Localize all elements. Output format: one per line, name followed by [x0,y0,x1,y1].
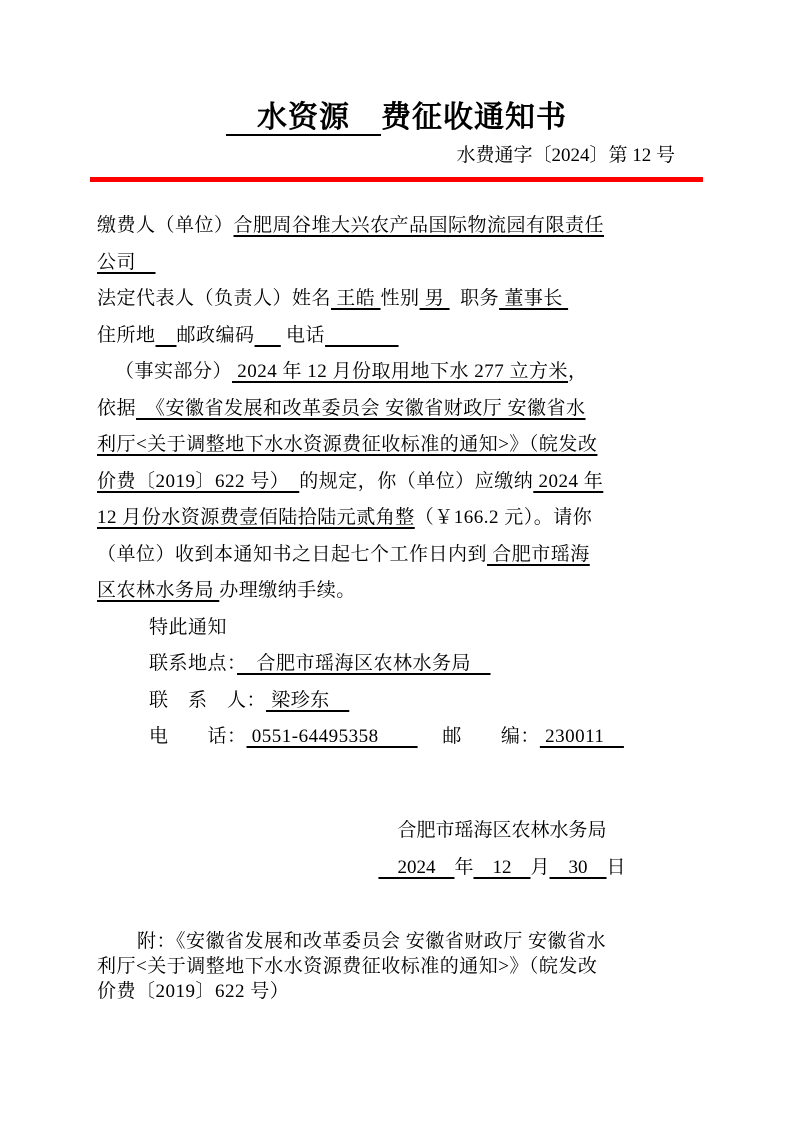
procedure-text: 办理缴纳手续。 [219,580,356,601]
body-line-payer-cont: 公司 [97,245,703,282]
title-text: 费征收通知书 [381,101,567,134]
body-line-basis-3: 价费〔2019〕622 号） 的规定，你（单位）应缴纳 2024 年 [97,464,703,501]
body-line-basis-2: 利厅<关于调整地下水水资源费征收标准的通知>》（皖发改 [97,427,703,464]
legal-rep-name-value: 王皓 [331,288,381,309]
red-divider-line [90,177,703,182]
issue-year-value: 2024 [378,857,454,878]
payment-office-value-2: 区农林水务局 [97,580,219,601]
payer-name-value-cont: 公司 [97,252,156,273]
phone-label: 电话 [281,325,325,346]
body-line-deadline: （单位）收到本通知书之日起七个工作日内到 合肥市瑶海 [97,537,703,574]
issuing-agency: 合肥市瑶海区农林水务局 [297,812,707,849]
month-label: 月 [531,857,550,878]
amount-numeric: （￥166.2 元）。请你 [415,507,593,528]
attachment-line-1: 附：《安徽省发展和改革委员会 安徽省财政厅 安徽省水 [97,929,703,954]
basis-document-1: 《安徽省发展和改革委员会 安徽省财政厅 安徽省水 [136,398,586,419]
body-line-amount: 12 月份水资源费壹佰陆拾陆元贰角整（￥166.2 元）。请你 [97,500,703,537]
page-title: 水资源 费征收通知书 [0,92,793,136]
contact-person-value: 梁珍东 [266,690,349,711]
basis-document-3: 价费〔2019〕622 号） [97,471,299,492]
issue-month-value: 12 [473,857,530,878]
attachment-line-2: 利厅<关于调整地下水水资源费征收标准的通知>》（皖发改 [97,954,703,979]
regulation-text: 的规定，你（单位）应缴纳 [299,471,533,492]
contact-address-label: 联系地点： [149,653,237,674]
basis-document-2: 利厅<关于调整地下水水资源费征收标准的通知>》（皖发改 [97,434,597,455]
fee-period-value: 2024 年 [533,471,603,492]
body-line-legal-rep: 法定代表人（负责人）姓名 王皓 性别 男 职务 董事长 [97,281,703,318]
payer-label: 缴费人（单位） [97,215,234,236]
day-label: 日 [607,857,626,878]
payment-office-value-1: 合肥市瑶海 [487,544,590,565]
body-line-contact-person: 联 系 人： 梁珍东 [97,683,703,720]
body-line-contact-phone: 电 话： 0551-64495358 邮 编： 230011 [97,719,703,756]
body-line-fact: （事实部分） 2024 年 12 月份取用地下水 277 立方米， [97,354,703,391]
address-label: 住所地 [97,325,156,346]
issue-date-line: 2024 年 12 月 30 日 [297,849,707,886]
basis-label: 依据 [97,398,136,419]
hereby-notice-text: 特此通知 [149,617,227,638]
body-line-contact-address: 联系地点： 合肥市瑶海区农林水务局 [97,646,703,683]
signature-block: 合肥市瑶海区农林水务局 2024 年 12 月 30 日 [297,812,707,886]
payer-name-value: 合肥周谷堆大兴农产品国际物流园有限责任 [234,215,605,236]
gender-label: 性别 [381,288,420,309]
document-page: 水资源 费征收通知书 水费通字〔2024〕第 12 号 缴费人（单位）合肥周谷堆… [0,0,793,1122]
gender-value: 男 [420,288,450,309]
fact-label: （事实部分） [115,361,232,382]
postcode-label: 邮政编码 [177,325,255,346]
contact-phone-value: 0551-64495358 [247,726,418,747]
legal-rep-label: 法定代表人（负责人）姓名 [97,288,331,309]
phone-blank [325,325,399,346]
body-line-notice: 特此通知 [97,610,703,647]
notice-body: 缴费人（单位）合肥周谷堆大兴农产品国际物流园有限责任 公司 法定代表人（负责人）… [97,208,703,756]
attachment-note: 附：《安徽省发展和改革委员会 安徽省财政厅 安徽省水 利厅<关于调整地下水水资源… [97,929,703,1004]
usage-fact-value: 2024 年 12 月份取用地下水 277 立方米 [232,361,568,382]
zipcode-value: 230011 [540,726,624,747]
contact-person-label: 联 系 人： [149,690,266,711]
postcode-blank [255,325,281,346]
year-label: 年 [454,857,473,878]
body-line-address: 住所地 邮政编码 电话 [97,318,703,355]
contact-address-value: 合肥市瑶海区农林水务局 [237,653,491,674]
title-underlined-blank: 水资源 [226,101,381,134]
issue-day-value: 30 [550,857,607,878]
fact-comma: ， [568,361,588,382]
address-blank [156,325,177,346]
zipcode-label: 邮 编： [418,726,540,747]
body-line-deadline-cont: 区农林水务局 办理缴纳手续。 [97,573,703,610]
amount-in-words: 12 月份水资源费壹佰陆拾陆元贰角整 [97,507,415,528]
attachment-line-3: 价费〔2019〕622 号） [97,979,703,1004]
body-line-basis-1: 依据 《安徽省发展和改革委员会 安徽省财政厅 安徽省水 [97,391,703,428]
body-line-payer: 缴费人（单位）合肥周谷堆大兴农产品国际物流园有限责任 [97,208,703,245]
deadline-text: （单位）收到本通知书之日起七个工作日内到 [97,544,487,565]
contact-phone-label: 电 话： [149,726,247,747]
position-value: 董事长 [499,288,568,309]
position-label: 职务 [450,288,500,309]
doc-number: 水费通字〔2024〕第 12 号 [97,140,675,167]
